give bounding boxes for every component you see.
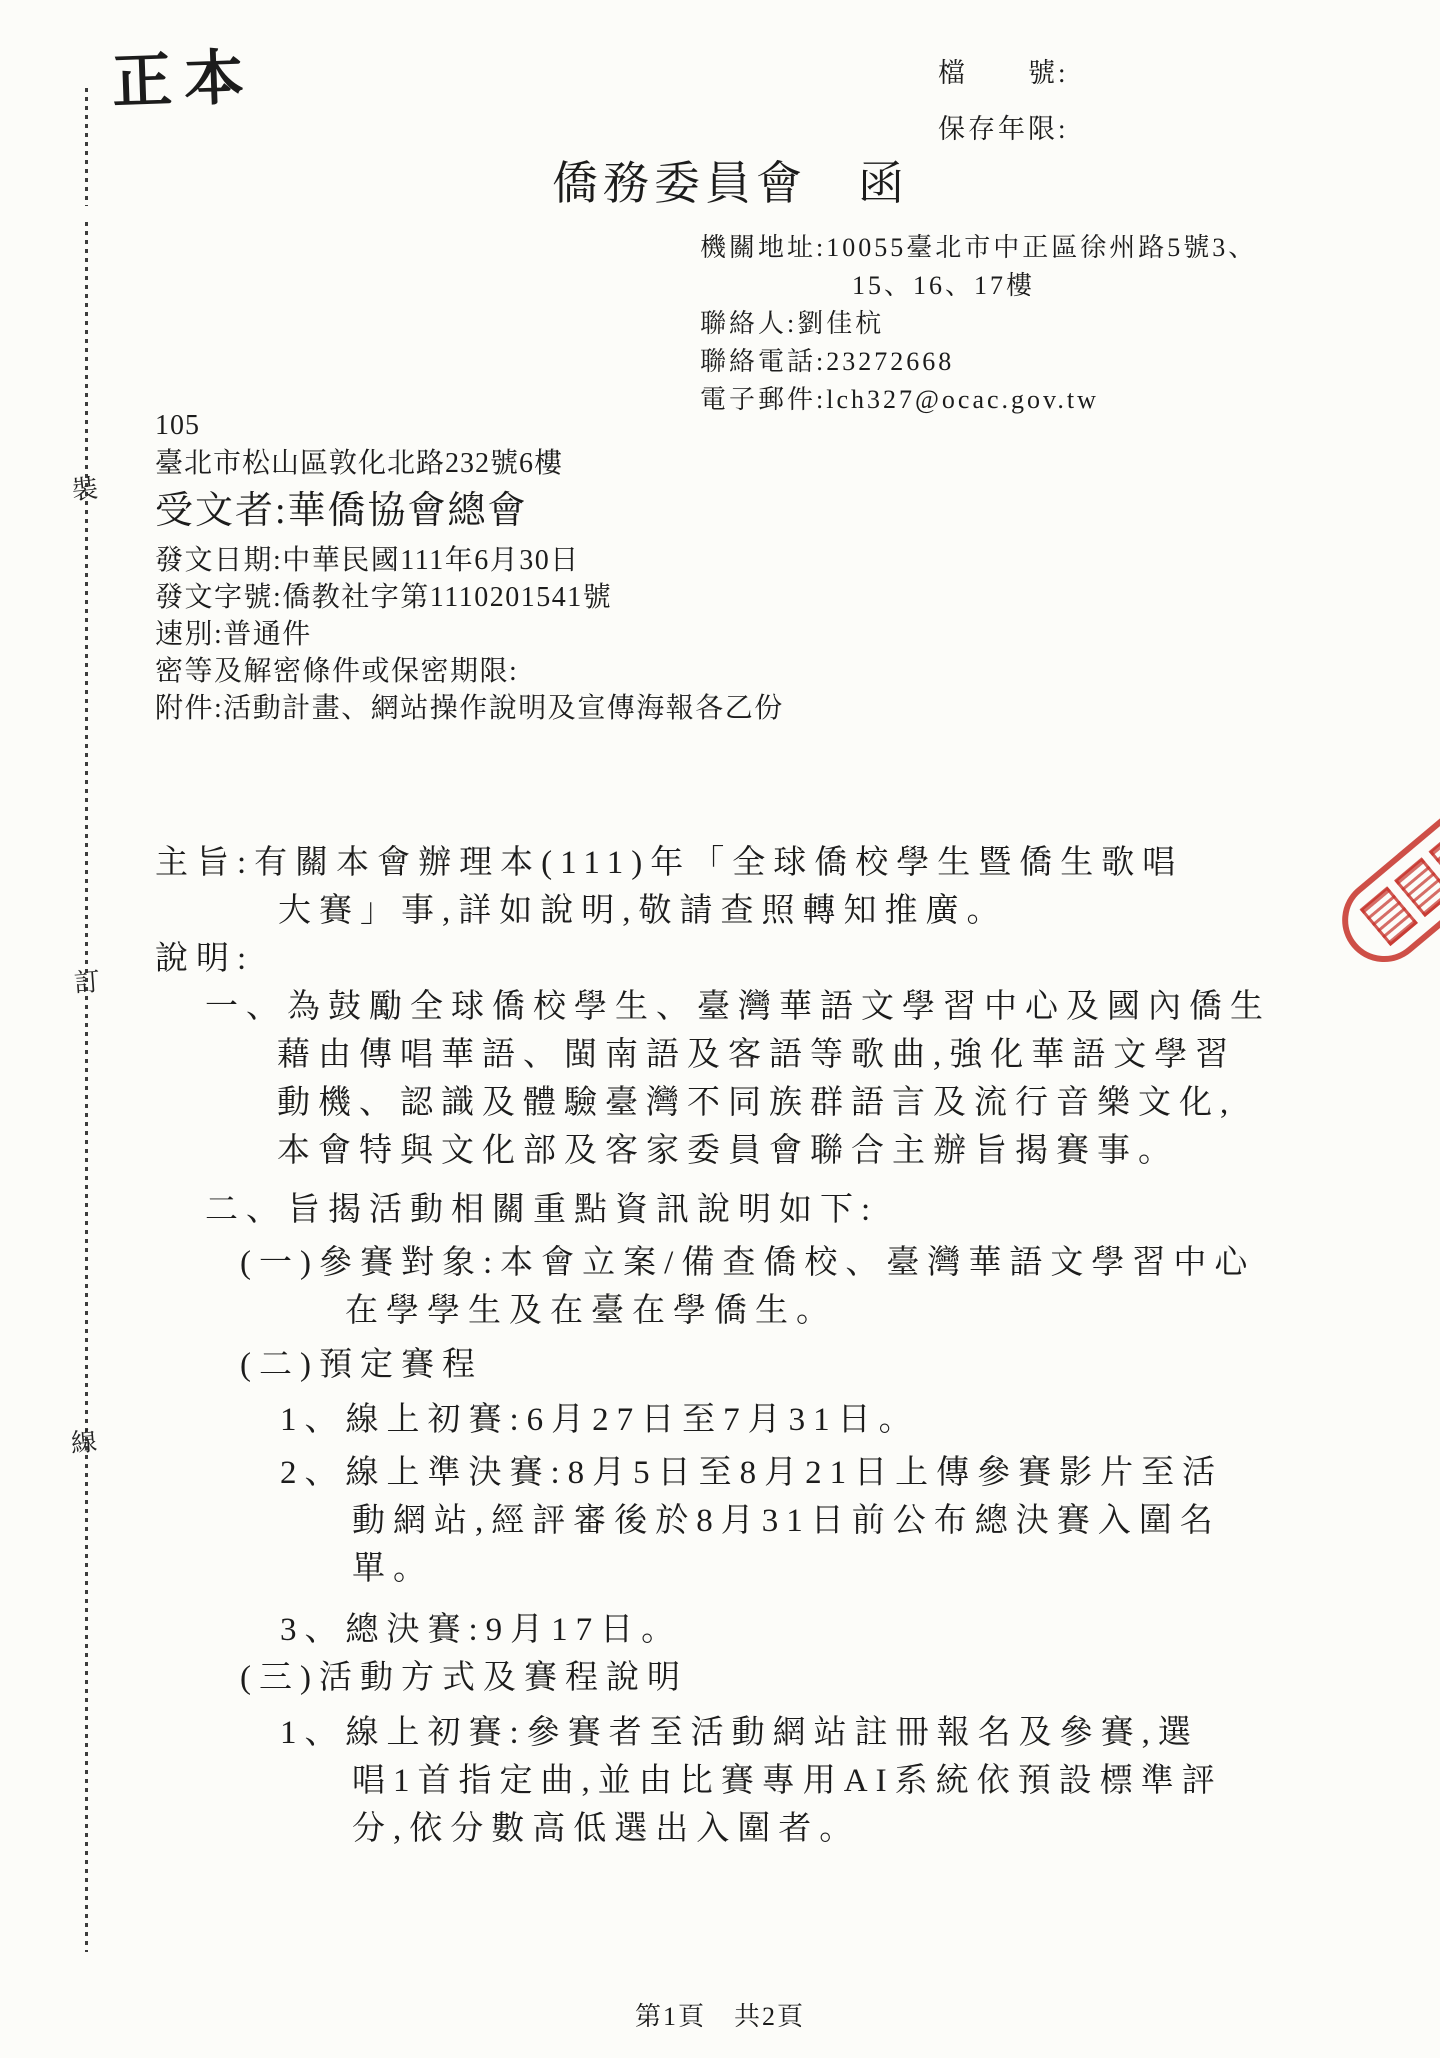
official-red-seal — [1325, 767, 1440, 979]
official-letter-page: 裝 訂 線 正本 檔 號: 保存年限: 僑務委員會 函 機關地址:10055臺北… — [0, 0, 1440, 2058]
page-title: 僑務委員會 函 — [552, 158, 909, 211]
document-number: 發文字號:僑教社字第1110201541號 — [155, 582, 612, 614]
binding-mark-zhuang: 裝 — [71, 474, 100, 506]
subject-line-1: 主旨:有關本會辦理本(111)年「全球僑校學生暨僑生歌唱 — [155, 845, 1183, 883]
binding-mark-ding: 訂 — [73, 967, 101, 999]
schedule-item-2-line-1: 2、線上準決賽:8月5日至8月21日上傳參賽影片至活 — [280, 1455, 1223, 1493]
agency-address-line2: 15、16、17樓 — [852, 271, 1035, 301]
schedule-item-3: 3、總決賽:9月17日。 — [280, 1612, 682, 1650]
agency-email: 電子郵件:lch327@ocac.gov.tw — [700, 385, 1099, 415]
item-1-line-4: 本會特與文化部及客家委員會聯合主辦旨揭賽事。 — [277, 1133, 1179, 1171]
copy-type-label: 正本 — [111, 44, 257, 118]
file-number-label: 檔 號: — [938, 58, 1069, 89]
item-1-line-1: 一、為鼓勵全球僑校學生、臺灣華語文學習中心及國內僑生 — [205, 989, 1271, 1027]
agency-phone: 聯絡電話:23272668 — [700, 347, 954, 377]
binding-dotted-line-top — [85, 88, 88, 206]
sub-item-3-heading: (三)活動方式及賽程說明 — [240, 1660, 688, 1698]
attachments: 附件:活動計畫、網站操作說明及宣傳海報各乙份 — [155, 693, 784, 725]
sub-item-1-line-1: (一)參賽對象:本會立案/備查僑校、臺灣華語文學習中心 — [240, 1245, 1255, 1283]
explanation-heading: 說明: — [155, 941, 254, 979]
method-item-1-line-2: 唱1首指定曲,並由比賽專用AI系統依預設標準評 — [352, 1763, 1223, 1801]
item-1-line-2: 藉由傳唱華語、閩南語及客語等歌曲,強化華語文學習 — [277, 1037, 1236, 1075]
method-item-1-line-3: 分,依分數高低選出入圍者。 — [352, 1811, 860, 1849]
retention-period-label: 保存年限: — [938, 114, 1069, 145]
binding-mark-xian: 線 — [70, 1427, 99, 1459]
security-classification: 密等及解密條件或保密期限: — [155, 656, 518, 688]
sub-item-1-line-2: 在學學生及在臺在學僑生。 — [345, 1293, 837, 1331]
recipient-name: 受文者:華僑協會總會 — [155, 490, 528, 534]
method-item-1-line-1: 1、線上初賽:參賽者至活動網站註冊報名及參賽,選 — [280, 1715, 1199, 1753]
recipient-postal-code: 105 — [155, 410, 200, 442]
subject-line-2: 大賽」事,詳如說明,敬請查照轉知推廣。 — [278, 893, 1008, 931]
sub-item-2-heading: (二)預定賽程 — [240, 1347, 483, 1385]
schedule-item-1: 1、線上初賽:6月27日至7月31日。 — [280, 1402, 920, 1440]
issue-date: 發文日期:中華民國111年6月30日 — [155, 545, 580, 577]
schedule-item-2-line-2: 動網站,經評審後於8月31日前公布總決賽入圍名 — [352, 1503, 1221, 1541]
priority-level: 速別:普通件 — [155, 619, 312, 651]
schedule-item-2-line-3: 單。 — [352, 1551, 434, 1589]
item-1-line-3: 動機、認識及體驗臺灣不同族群語言及流行音樂文化, — [277, 1085, 1236, 1123]
item-2-heading: 二、旨揭活動相關重點資訊說明如下: — [205, 1192, 878, 1230]
agency-contact-person: 聯絡人:劉佳杭 — [700, 309, 884, 339]
page-number: 第1頁 共2頁 — [0, 2002, 1440, 2032]
recipient-address: 臺北市松山區敦化北路232號6樓 — [155, 448, 563, 480]
agency-address-line1: 機關地址:10055臺北市中正區徐州路5號3、 — [700, 233, 1257, 263]
